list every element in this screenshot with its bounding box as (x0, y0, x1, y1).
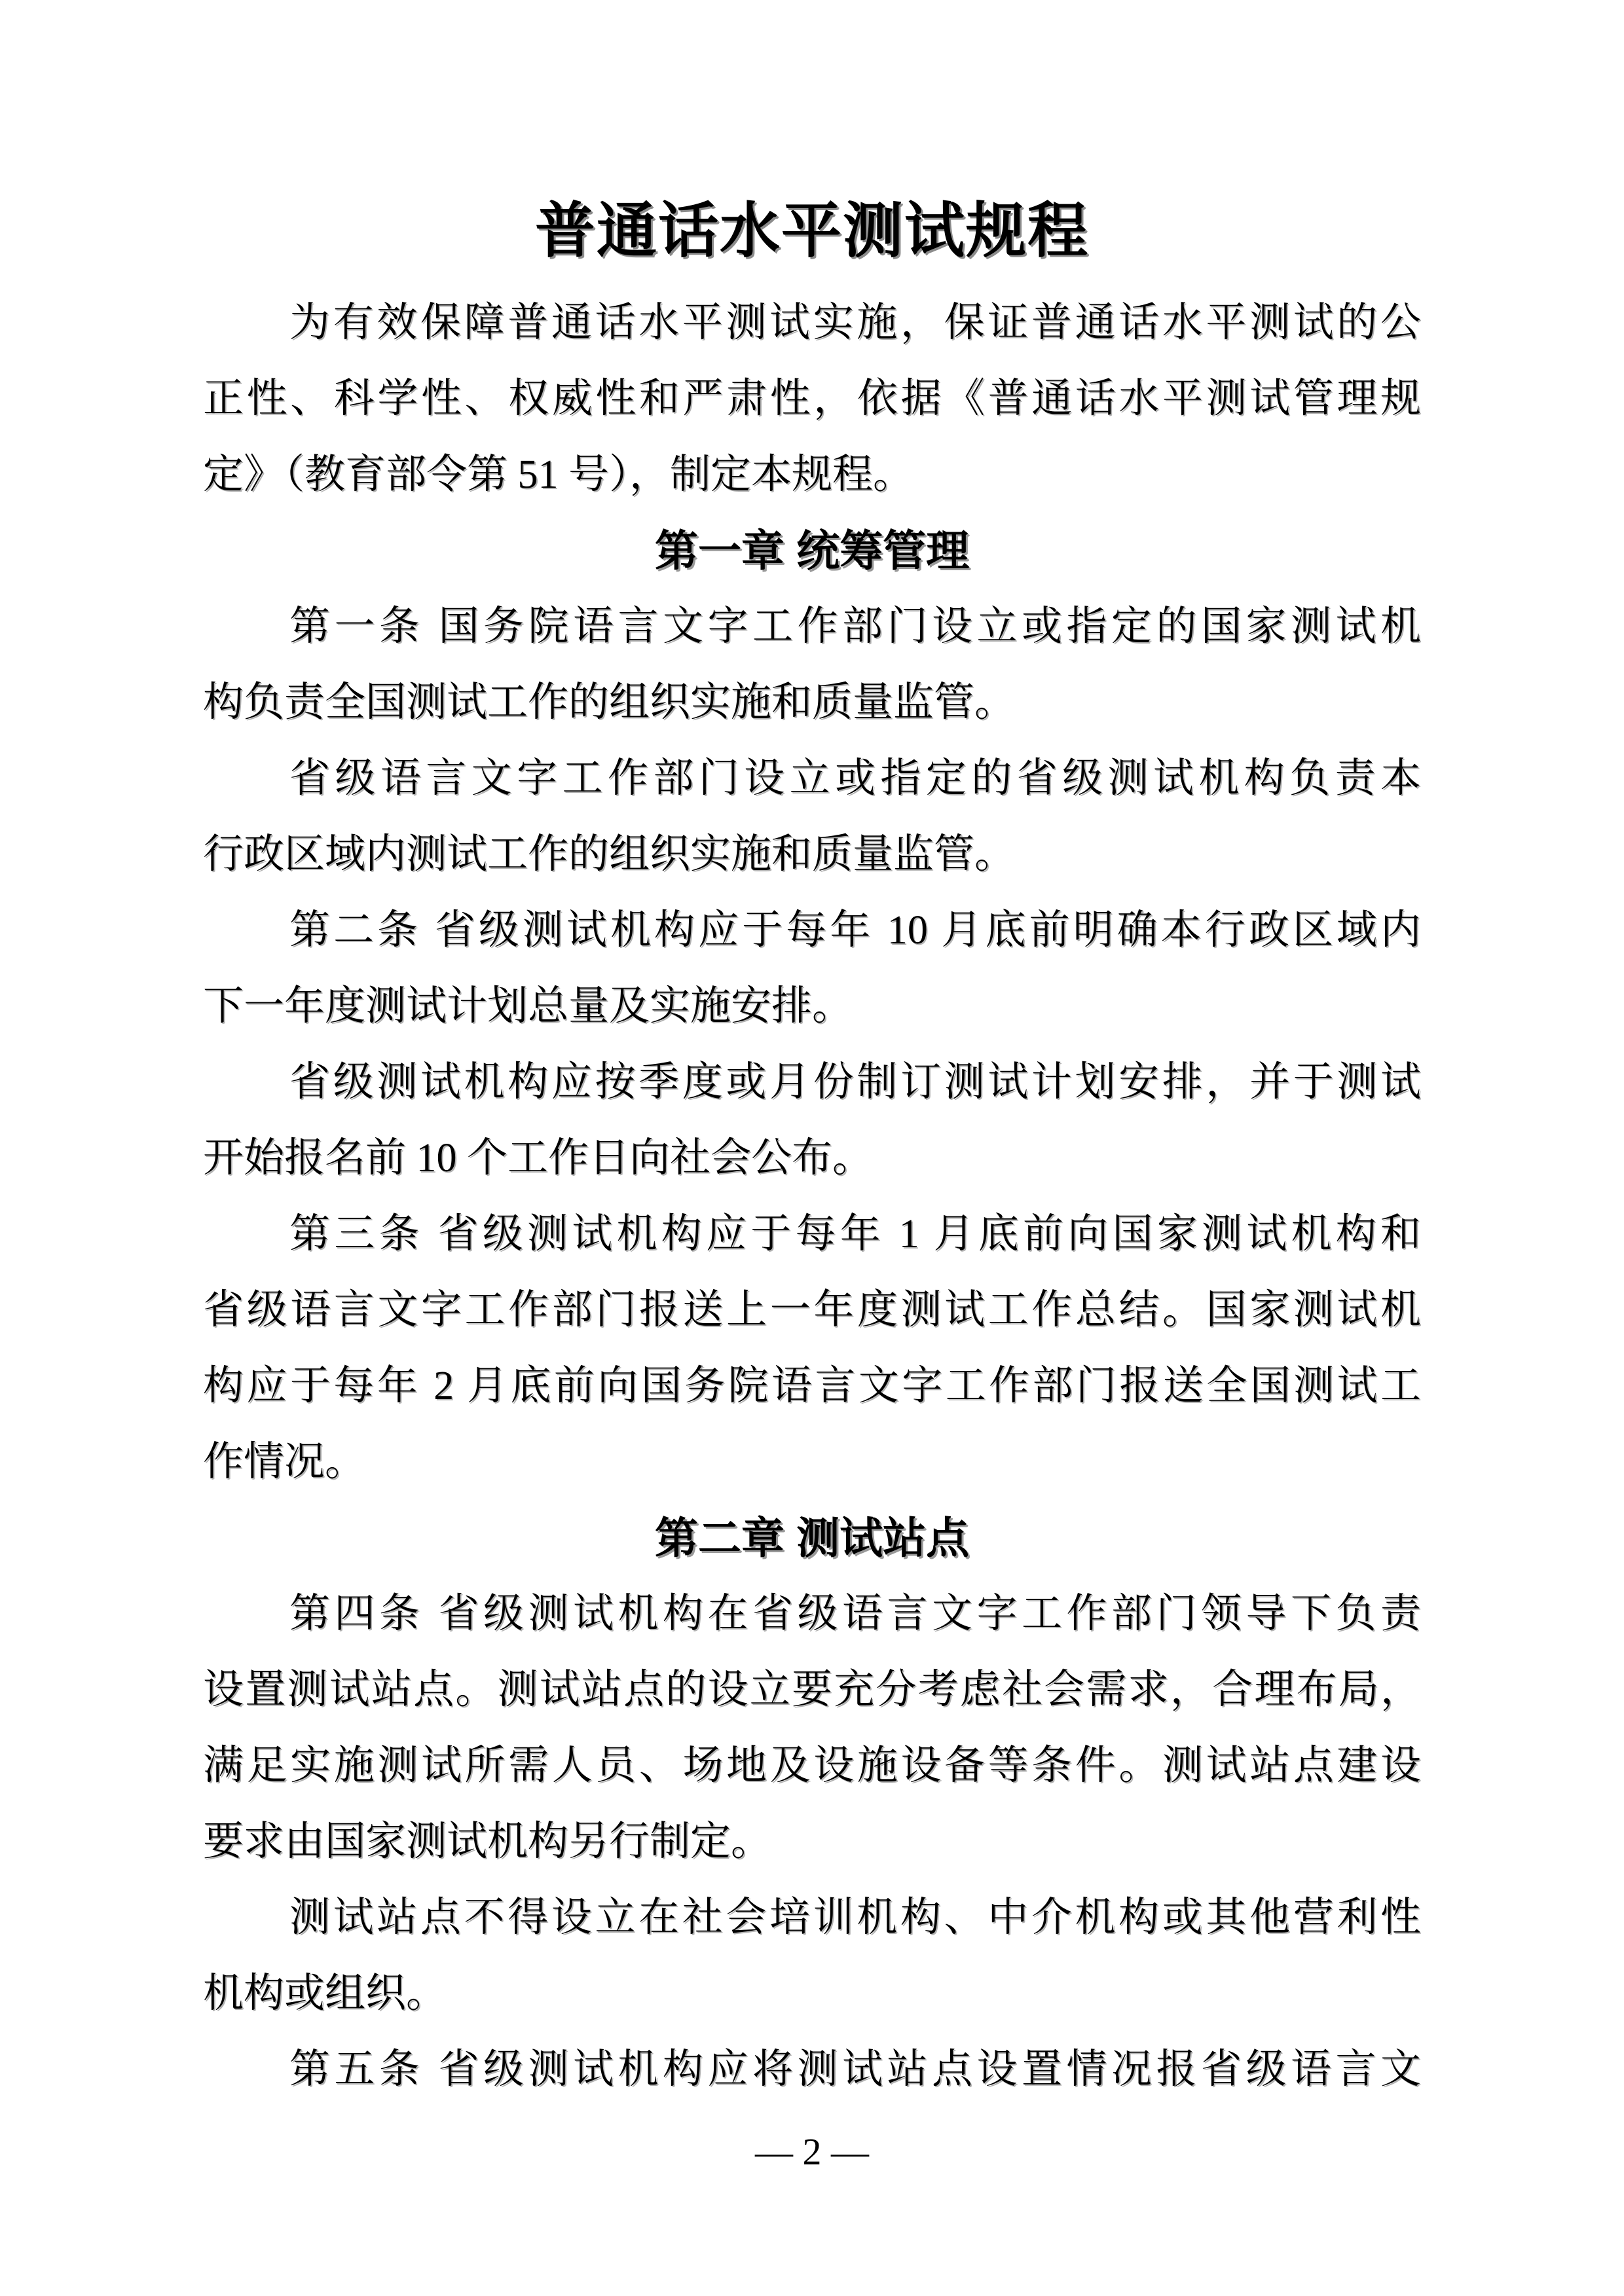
text-line: 满足实施测试所需人员、场地及设施设备等条件。测试站点建设 (203, 1728, 1421, 1804)
text-line: 第五条 省级测试机构应将测试站点设置情况报省级语言文 (203, 2032, 1421, 2107)
text-line: 第一条 国务院语言文字工作部门设立或指定的国家测试机 (203, 589, 1421, 665)
text-line: 作情况。 (203, 1424, 1421, 1500)
text-line: 省级语言文字工作部门设立或指定的省级测试机构负责本 (203, 740, 1421, 816)
text-line: 开始报名前 10 个工作日向社会公布。 (203, 1120, 1421, 1196)
text-line: 定》（教育部令第 51 号），制定本规程。 (203, 437, 1421, 513)
text-line: 第三条 省级测试机构应于每年 1 月底前向国家测试机构和 (203, 1196, 1421, 1272)
text-line: 要求由国家测试机构另行制定。 (203, 1804, 1421, 1880)
text-line: 机构或组织。 (203, 1956, 1421, 2032)
text-line: 设置测试站点。测试站点的设立要充分考虑社会需求，合理布局， (203, 1652, 1421, 1728)
text-line: 省级测试机构应按季度或月份制订测试计划安排，并于测试 (203, 1044, 1421, 1120)
chapter-heading: 第一章 统筹管理 (203, 513, 1421, 589)
document-page: 普通话水平测试规程 为有效保障普通话水平测试实施，保证普通话水平测试的公 正性、… (0, 0, 1624, 2296)
text-line: 第四条 省级测试机构在省级语言文字工作部门领导下负责 (203, 1576, 1421, 1652)
text-line: 构应于每年 2 月底前向国务院语言文字工作部门报送全国测试工 (203, 1348, 1421, 1424)
text-line: 下一年度测试计划总量及实施安排。 (203, 968, 1421, 1044)
document-body: 为有效保障普通话水平测试实施，保证普通话水平测试的公 正性、科学性、权威性和严肃… (203, 285, 1421, 2107)
chapter-heading: 第二章 测试站点 (203, 1500, 1421, 1576)
text-line: 测试站点不得设立在社会培训机构、中介机构或其他营利性 (203, 1880, 1421, 1956)
text-line: 行政区域内测试工作的组织实施和质量监管。 (203, 816, 1421, 892)
text-line: 构负责全国测试工作的组织实施和质量监管。 (203, 665, 1421, 740)
document-title: 普通话水平测试规程 (0, 192, 1624, 270)
page-number: — 2 — (0, 2123, 1624, 2181)
text-line: 正性、科学性、权威性和严肃性，依据《普通话水平测试管理规 (203, 361, 1421, 437)
text-line: 为有效保障普通话水平测试实施，保证普通话水平测试的公 (203, 285, 1421, 361)
text-line: 第二条 省级测试机构应于每年 10 月底前明确本行政区域内 (203, 892, 1421, 968)
text-line: 省级语言文字工作部门报送上一年度测试工作总结。国家测试机 (203, 1272, 1421, 1348)
